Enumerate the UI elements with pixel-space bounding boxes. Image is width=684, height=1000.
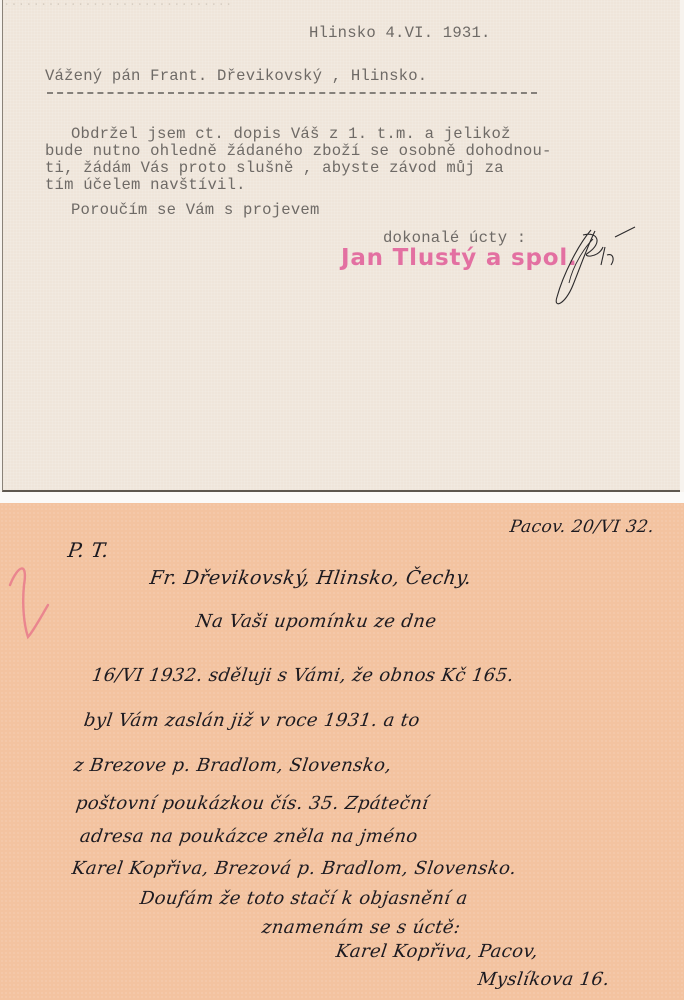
body-line: Obdržel jsem ct. dopis Váš z 1. t.m. a j… — [71, 126, 511, 143]
addressee-line: Fr. Dřevikovský, Hlinsko, Čechy. — [148, 567, 472, 589]
body-line: Poroučím se Vám s projevem — [71, 202, 320, 219]
signature-scribble-icon — [543, 225, 653, 310]
body-line: znamenám se s úctě: — [261, 917, 462, 938]
body-line: poštovní poukázkou čís. 35. Zpáteční — [75, 793, 430, 814]
body-line: 16/VI 1932. sděluji s Vámi, že obnos Kč … — [91, 665, 516, 686]
body-line: Na Vaši upomínku ze dne — [195, 611, 438, 632]
body-line: z Brezove p. Bradlom, Slovensko, — [73, 755, 394, 776]
body-line: Karel Kopřiva, Brezová p. Bradlom, Slove… — [71, 858, 518, 879]
handwritten-letter-card: Pacov. 20/VI 32. P. T. Fr. Dřevikovský, … — [0, 503, 684, 1000]
body-line: ti, žádám Vás proto slušně , abyste závo… — [45, 160, 504, 177]
addressee-line: Vážený pán Frant. Dřevikovský , Hlinsko. — [45, 68, 427, 85]
cut-off-ghost-text: ............................... — [3, 0, 232, 11]
letter-date: Pacov. 20/VI 32. — [509, 517, 656, 537]
scan-gap — [0, 492, 684, 503]
body-line: adresa na poukázce zněla na jméno — [79, 826, 420, 847]
signature-street: Myslíkova 16. — [477, 969, 611, 990]
body-line: tím účelem navštívil. — [45, 177, 246, 194]
red-pencil-mark-icon — [0, 555, 50, 645]
place-date: Hlinsko 4.VI. 1931. — [309, 25, 491, 42]
body-line: byl Vám zaslán již v roce 1931. a to — [83, 710, 422, 731]
signature-name: Karel Kopřiva, Pacov, — [335, 941, 540, 962]
addressee-underline — [47, 92, 537, 94]
body-line: bude nutno ohledně žádaného zboží se oso… — [45, 143, 552, 160]
body-line: Doufám že toto stačí k objasnění a — [139, 888, 470, 909]
salutation: P. T. — [66, 538, 110, 562]
typed-letter-card: ............................... Hlinsko … — [2, 0, 680, 492]
